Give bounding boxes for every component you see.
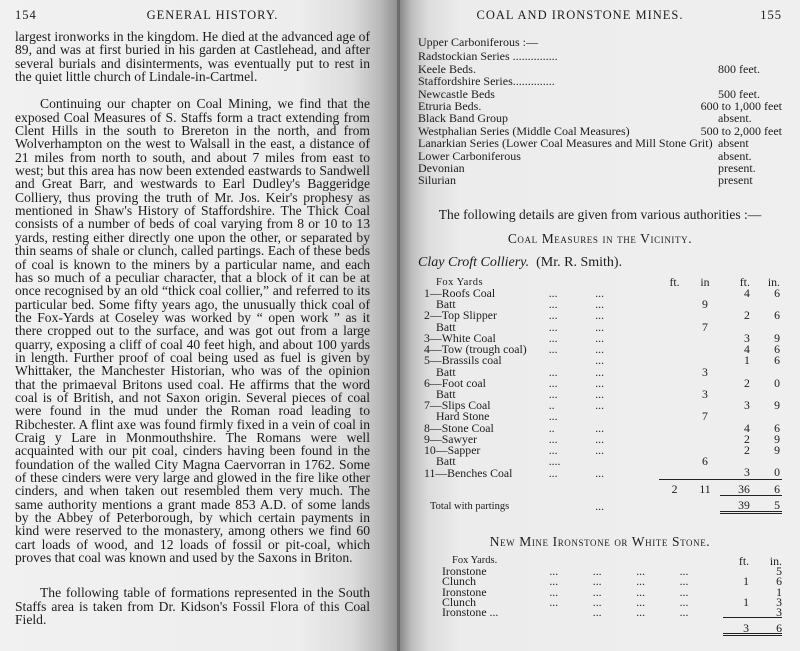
parting-ft [659, 378, 690, 389]
parting-in [690, 333, 720, 344]
seam-name: 11—Benches Coal [420, 467, 549, 479]
paragraph: largest ironworks in the kingdom. He die… [15, 30, 370, 83]
coal-ft: 2 [720, 378, 750, 389]
colliery-heading: Clay Croft Colliery. (Mr. R. Smith). [418, 255, 782, 271]
right-running-head: COAL AND IRONSTONE MINES. 155 [418, 8, 782, 30]
coal-ft: 1 [720, 355, 750, 366]
running-title: GENERAL HISTORY. [55, 8, 370, 23]
parting-ft [659, 322, 690, 333]
table-row: 11—Benches Coal......30 [420, 467, 782, 479]
subtotal-row: 211366 [420, 479, 782, 495]
section-title: New Mine Ironstone or White Stone. [418, 534, 782, 550]
thickness-ft: 1 [723, 597, 749, 607]
intro-line: The following details are given from var… [418, 207, 782, 223]
left-body: largest ironworks in the kingdom. He die… [15, 30, 370, 626]
formation-name: Silurian [418, 174, 718, 186]
formation-thickness: absent [718, 137, 749, 149]
parting-in: 7 [690, 411, 720, 422]
coal-in: 6 [750, 288, 782, 299]
parting-in [690, 344, 720, 355]
total-row: Total with partings...395 [420, 495, 782, 512]
parting-in [690, 467, 720, 479]
left-page: 154 GENERAL HISTORY. largest ironworks i… [0, 0, 400, 651]
parting-ft [659, 288, 690, 299]
formation-name: Staffordshire Series.............. [418, 75, 718, 87]
running-title: COAL AND IRONSTONE MINES. [418, 8, 742, 23]
parting-in: 6 [690, 456, 720, 467]
parting-in [690, 423, 720, 434]
formation-name: Devonian [418, 162, 718, 174]
section-title: Coal Measures in the Vicinity. [418, 231, 782, 247]
coal-in: 0 [750, 467, 782, 479]
coal-ft: 3 [720, 400, 750, 411]
formation-row: Radstockian Series ............... [418, 50, 782, 62]
parting-ft [659, 445, 690, 456]
coal-in: 6 [750, 310, 782, 321]
formation-row: Silurianpresent [418, 174, 782, 186]
paragraph: Continuing our chapter on Coal Mining, w… [15, 97, 370, 564]
coal-ft: 3 [720, 467, 750, 479]
coal-in: 9 [750, 400, 782, 411]
coal-ft: 2 [720, 445, 750, 456]
parting-ft [659, 423, 690, 434]
coal-in: 9 [750, 445, 782, 456]
thickness-ft: 1 [723, 576, 749, 586]
right-page: COAL AND IRONSTONE MINES. 155 Upper Carb… [400, 0, 800, 651]
parting-ft [659, 355, 690, 366]
colliery-name: Clay Croft Colliery. [418, 255, 529, 270]
formation-row: Staffordshire Series.............. [418, 75, 782, 87]
table-row: Ironstone............1 [442, 587, 782, 597]
parting-in: 9 [690, 299, 720, 310]
table-header-row: Fox Yards. ft. in. [442, 556, 782, 566]
colliery-source: (Mr. R. Smith). [536, 255, 622, 270]
formation-name: Black Band Group [418, 112, 718, 124]
parting-ft [659, 310, 690, 321]
parting-ft [659, 389, 690, 400]
table-row: 10—Sapper......29 [420, 445, 782, 456]
table-row: Ironstone............5 [442, 566, 782, 576]
formation-thickness: present [718, 174, 753, 186]
parting-in: 3 [690, 367, 720, 378]
formation-row: Black Band Groupabsent. [418, 112, 782, 124]
formation-name: Lanarkian Series (Lower Coal Measures an… [418, 137, 718, 149]
parting-in [690, 434, 720, 445]
coal-in: 0 [750, 378, 782, 389]
parting-ft [659, 400, 690, 411]
parting-in: 7 [690, 322, 720, 333]
coal-ft: 4 [720, 288, 750, 299]
parting-in: 3 [690, 389, 720, 400]
parting-ft [659, 456, 690, 467]
formations-list: Upper Carboniferous :— Radstockian Serie… [418, 36, 782, 187]
formation-thickness: 800 feet. [718, 63, 760, 75]
page-number: 154 [15, 8, 37, 23]
parting-ft [659, 344, 690, 355]
coal-measures-table: Fox Yards ft. in ft. in. 1—Roofs Coal...… [420, 277, 782, 514]
table-row: Clunch............16 [442, 576, 782, 586]
parting-ft [659, 411, 690, 422]
formation-name: Radstockian Series ............... [418, 50, 718, 62]
table-row: Ironstone ............3 [442, 607, 782, 618]
parting-ft [659, 299, 690, 310]
parting-ft [659, 467, 690, 479]
book-spread: 154 GENERAL HISTORY. largest ironworks i… [0, 0, 800, 651]
paragraph: The following table of formations repres… [15, 586, 370, 626]
formations-heading: Upper Carboniferous :— [418, 36, 782, 48]
formation-thickness: absent. [718, 112, 752, 124]
left-running-head: 154 GENERAL HISTORY. [15, 8, 370, 30]
total-row: 36 [442, 618, 782, 635]
ironstone-table: Fox Yards. ft. in. Ironstone............… [442, 556, 782, 636]
parting-ft [659, 333, 690, 344]
parting-ft [659, 367, 690, 378]
formation-row: Lanarkian Series (Lower Coal Measures an… [418, 137, 782, 149]
stratum-name: Ironstone ... [442, 607, 549, 618]
thickness-in: 3 [749, 607, 782, 618]
page-number: 155 [760, 8, 782, 23]
coal-in: 6 [750, 355, 782, 366]
coal-ft: 2 [720, 310, 750, 321]
parting-ft [659, 434, 690, 445]
